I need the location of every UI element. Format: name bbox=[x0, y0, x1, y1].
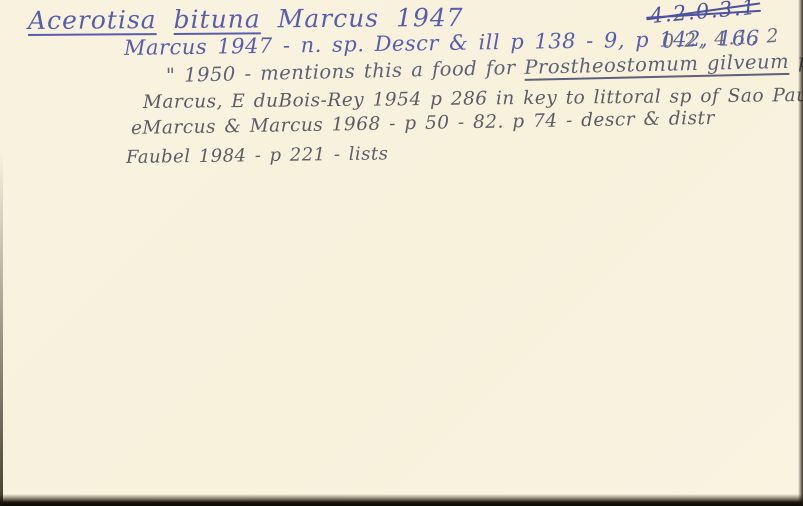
author-year: Marcus 1947 bbox=[278, 3, 464, 33]
citation-faubel-1984: Faubel 1984 - p 221 - lists bbox=[126, 143, 389, 168]
species-title-line: Acerotisa bituna Marcus 1947 bbox=[28, 3, 464, 35]
catalog-code-crossed-out: 4.2.0.3.1 bbox=[649, 0, 758, 28]
scan-edge-bottom bbox=[0, 494, 803, 506]
genus-name: Acerotisa bbox=[28, 5, 157, 35]
species-name: bituna bbox=[173, 4, 260, 34]
index-card: Acerotisa bituna Marcus 1947 4.2.0.3.1 0… bbox=[0, 0, 803, 506]
citation-1950-prefix: " 1950 - mentions this a food for bbox=[166, 56, 525, 87]
word-gap bbox=[157, 5, 174, 34]
word-gap bbox=[261, 4, 278, 33]
scan-edge-left bbox=[0, 152, 3, 506]
scan-edge-right bbox=[798, 0, 803, 506]
host-species-name: Prostheostomum gilveum bbox=[524, 50, 789, 79]
citation-marcus-marcus-1968: eMarcus & Marcus 1968 - p 50 - 82. p 74 … bbox=[131, 108, 715, 139]
